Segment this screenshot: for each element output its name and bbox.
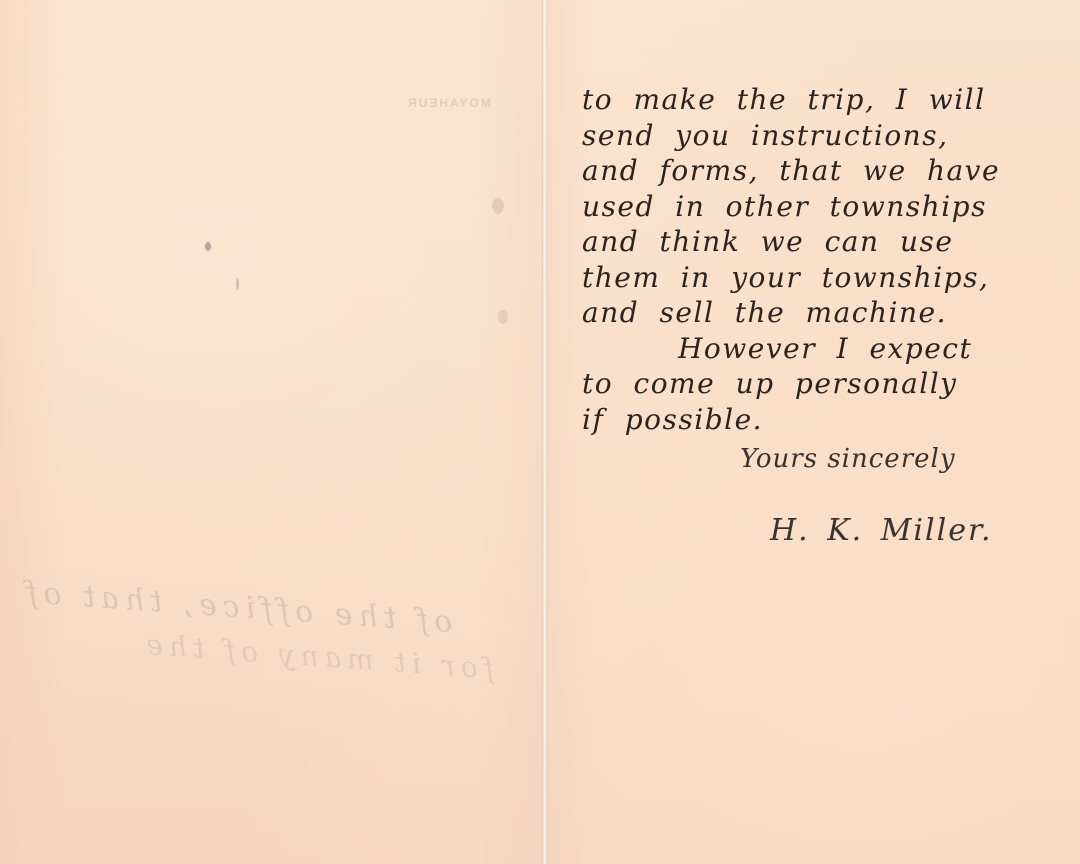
- letter-line: to come up personally: [582, 366, 1062, 402]
- ink-speck: [205, 242, 211, 251]
- letter-line: if possible.: [582, 402, 1062, 438]
- letterhead-watermark: MOYAHEUR: [406, 96, 491, 110]
- ink-speck: [236, 278, 239, 290]
- letter-line: send you instructions,: [582, 118, 1062, 154]
- letter-line: to make the trip, I will: [582, 82, 1062, 118]
- letter-line: and forms, that we have: [582, 153, 1062, 189]
- letter-closing: Yours sincerely: [740, 444, 956, 474]
- letter-line: used in other townships: [582, 189, 1062, 225]
- letter-line: However I expect: [582, 331, 1062, 367]
- letter-body: to make the trip, I will send you instru…: [582, 82, 1062, 437]
- left-page: MOYAHEUR of the office, that of for it m…: [0, 0, 543, 864]
- ink-speck: [492, 198, 504, 214]
- letter-line: and sell the machine.: [582, 295, 1062, 331]
- letter-signature: H. K. Miller.: [770, 513, 993, 548]
- ink-speck: [498, 310, 508, 324]
- letter-line: them in your townships,: [582, 260, 1062, 296]
- letter-sheet: MOYAHEUR of the office, that of for it m…: [0, 0, 1080, 864]
- bleed-through-line: of the office, that of: [19, 575, 453, 640]
- letter-line: and think we can use: [582, 224, 1062, 260]
